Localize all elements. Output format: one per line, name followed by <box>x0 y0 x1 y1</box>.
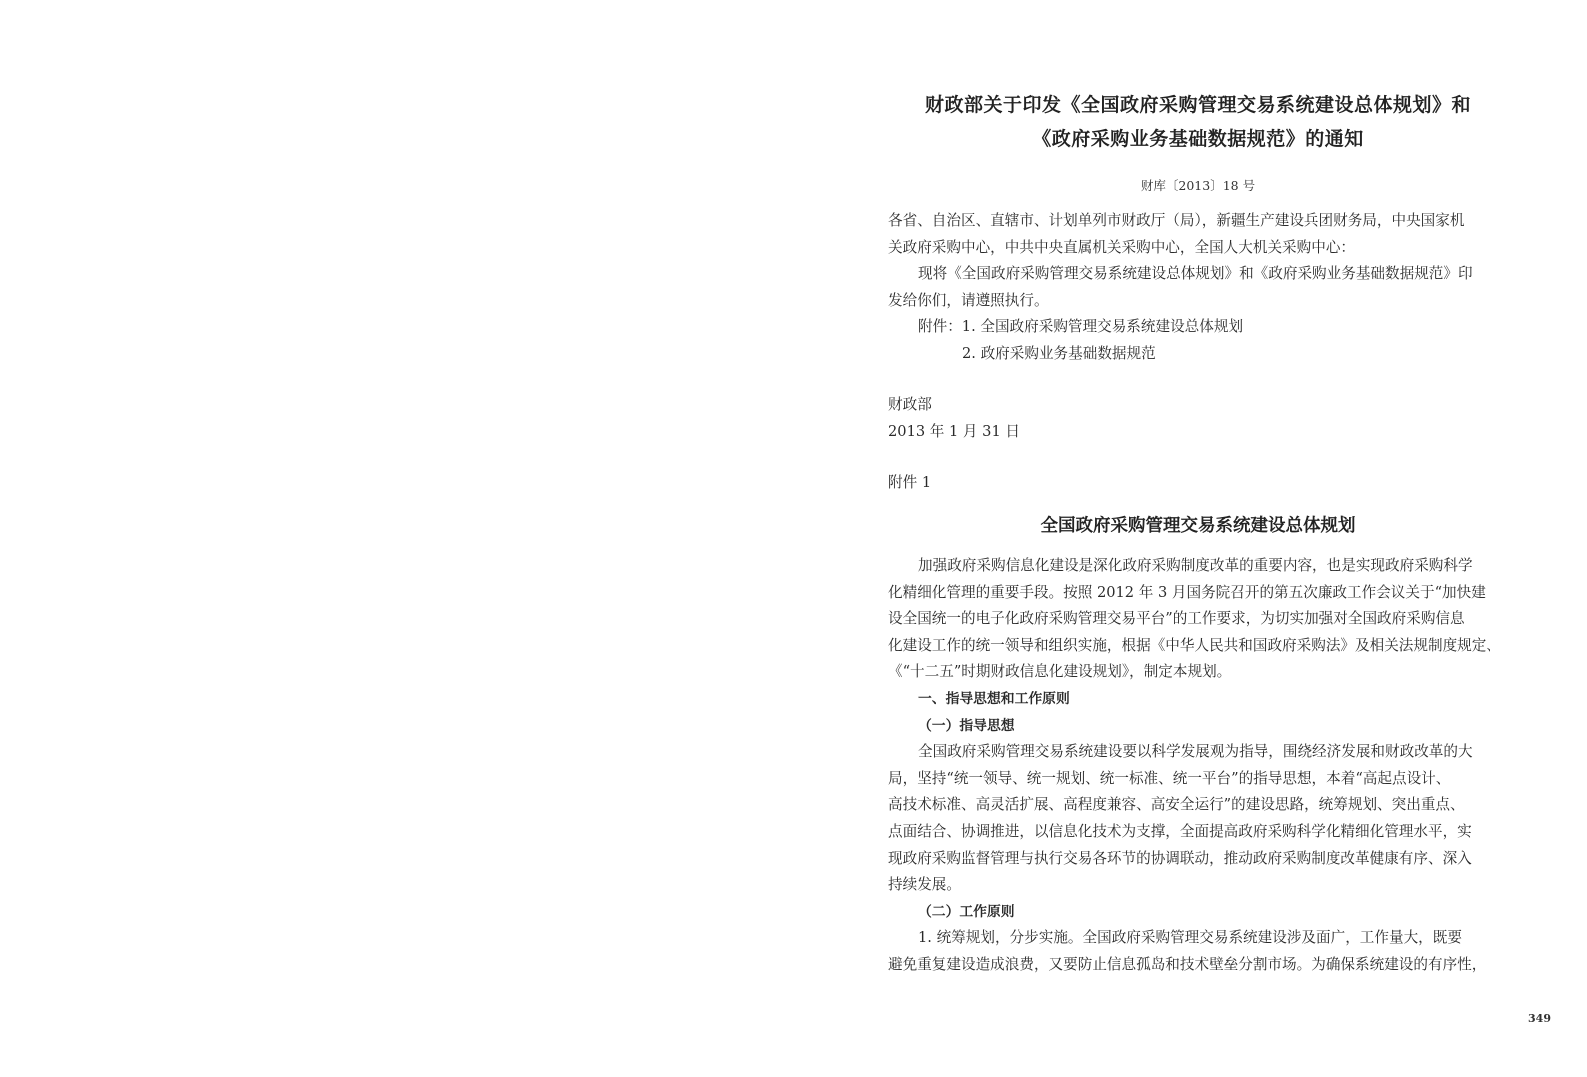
section-1-2-heading: （二）工作原则 <box>888 899 1490 926</box>
intro-line: 《“十二五”时期财政信息化建设规划》，制定本规划。 <box>888 659 1490 686</box>
book-spread: 财政部关于印发《全国政府采购管理交易系统建设总体规划》和 《政府采购业务基础数据… <box>0 0 1587 1077</box>
section-1-1-line: 持续发展。 <box>888 872 1490 899</box>
section-1-2-line: 1. 统筹规划，分步实施。全国政府采购管理交易系统建设涉及面广，工作量大，既要 <box>888 925 1490 952</box>
intro-line: 化精细化管理的重要手段。按照 2012 年 3 月国务院召开的第五次廉政工作会议… <box>888 580 1490 607</box>
section-1-1-line: 局，坚持“统一领导、统一规划、统一标准、统一平台”的指导思想，本着“高起点设计、 <box>888 766 1490 793</box>
document-number: 财库〔2013〕18 号 <box>853 176 1543 194</box>
attachment-2: 2. 政府采购业务基础数据规范 <box>888 341 1490 368</box>
addressee-line-1: 各省、自治区、直辖市、计划单列市财政厅（局），新疆生产建设兵团财务局，中央国家机 <box>888 208 1490 235</box>
notice-title-line-2: 《政府采购业务基础数据规范》的通知 <box>853 124 1543 151</box>
section-1-1-line: 点面结合、协调推进，以信息化技术为支撑，全面提高政府采购科学化精细化管理水平，实 <box>888 819 1490 846</box>
intro-line: 化建设工作的统一领导和组织实施，根据《中华人民共和国政府采购法》及相关法规制度规… <box>888 633 1490 660</box>
section-1-1-line: 现政府采购监督管理与执行交易各环节的协调联动，推动政府采购制度改革健康有序、深入 <box>888 846 1490 873</box>
section-1-1-heading: （一）指导思想 <box>888 713 1490 740</box>
section-1-1-line: 全国政府采购管理交易系统建设要以科学发展观为指导，围绕经济发展和财政改革的大 <box>888 739 1490 766</box>
intro-line: 加强政府采购信息化建设是深化政府采购制度改革的重要内容，也是实现政府采购科学 <box>888 553 1490 580</box>
left-page-blank <box>0 0 793 1077</box>
signature-block: 财政部 2013 年 1 月 31 日 <box>888 392 1490 445</box>
date: 2013 年 1 月 31 日 <box>888 419 1490 446</box>
annex-title: 全国政府采购管理交易系统建设总体规划 <box>853 512 1543 537</box>
section-1-1-line: 高技术标准、高灵活扩展、高程度兼容、高安全运行”的建设思路，统筹规划、突出重点、 <box>888 792 1490 819</box>
section-1-heading: 一、指导思想和工作原则 <box>888 686 1490 713</box>
annex-label-block: 附件 1 <box>888 470 1490 497</box>
body-line-1: 现将《全国政府采购管理交易系统建设总体规划》和《政府采购业务基础数据规范》印 <box>888 261 1490 288</box>
addressee-line-2: 关政府采购中心，中共中央直属机关采购中心，全国人大机关采购中心： <box>888 235 1490 262</box>
attachments-label: 附件：1. 全国政府采购管理交易系统建设总体规划 <box>888 314 1490 341</box>
body-line-2: 发给你们，请遵照执行。 <box>888 288 1490 315</box>
section-1-2-line: 避免重复建设造成浪费，又要防止信息孤岛和技术壁垒分割市场。为确保系统建设的有序性… <box>888 952 1490 979</box>
notice-body: 各省、自治区、直辖市、计划单列市财政厅（局），新疆生产建设兵团财务局，中央国家机… <box>888 208 1490 368</box>
notice-title-line-1: 财政部关于印发《全国政府采购管理交易系统建设总体规划》和 <box>853 90 1543 117</box>
right-page: 财政部关于印发《全国政府采购管理交易系统建设总体规划》和 《政府采购业务基础数据… <box>793 0 1587 1077</box>
annex-body: 加强政府采购信息化建设是深化政府采购制度改革的重要内容，也是实现政府采购科学 化… <box>888 553 1490 979</box>
intro-line: 设全国统一的电子化政府采购管理交易平台”的工作要求，为切实加强对全国政府采购信息 <box>888 606 1490 633</box>
signature: 财政部 <box>888 392 1490 419</box>
page-number: 349 <box>1528 1012 1551 1025</box>
annex-label: 附件 1 <box>888 470 1490 497</box>
